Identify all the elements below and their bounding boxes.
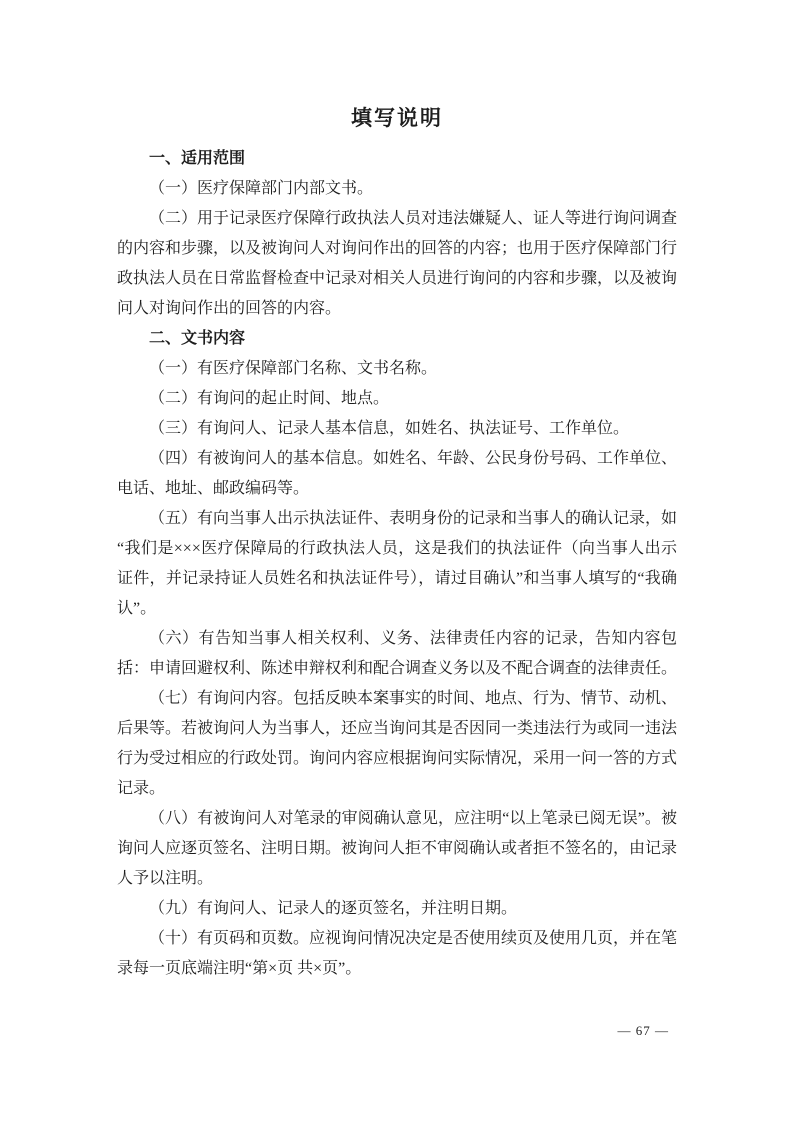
section-heading-scope: 一、适用范围 bbox=[117, 144, 677, 174]
document-page: 填写说明 一、适用范围 （一）医疗保障部门内部文书。 （二）用于记录医疗保障行政… bbox=[0, 0, 793, 1122]
paragraph: （九）有询问人、记录人的逐页签名，并注明日期。 bbox=[117, 894, 677, 924]
page-number: — 67 — bbox=[618, 1022, 670, 1040]
paragraph: （一）有医疗保障部门名称、文书名称。 bbox=[117, 354, 677, 384]
paragraph: （六）有告知当事人相关权利、义务、法律责任内容的记录，告知内容包括：申请回避权利… bbox=[117, 624, 677, 684]
paragraph: （三）有询问人、记录人基本信息，如姓名、执法证号、工作单位。 bbox=[117, 414, 677, 444]
paragraph: （二）有询问的起止时间、地点。 bbox=[117, 384, 677, 414]
section-heading-contents: 二、文书内容 bbox=[117, 324, 677, 354]
paragraph: （五）有向当事人出示执法证件、表明身份的记录和当事人的确认记录，如“我们是×××… bbox=[117, 504, 677, 624]
paragraph: （二）用于记录医疗保障行政执法人员对违法嫌疑人、证人等进行询问调查的内容和步骤，… bbox=[117, 204, 677, 324]
document-content: 填写说明 一、适用范围 （一）医疗保障部门内部文书。 （二）用于记录医疗保障行政… bbox=[117, 100, 677, 984]
document-title: 填写说明 bbox=[117, 100, 677, 136]
paragraph: （八）有被询问人对笔录的审阅确认意见，应注明“以上笔录已阅无误”。被询问人应逐页… bbox=[117, 804, 677, 894]
paragraph: （四）有被询问人的基本信息。如姓名、年龄、公民身份号码、工作单位、电话、地址、邮… bbox=[117, 444, 677, 504]
paragraph: （一）医疗保障部门内部文书。 bbox=[117, 174, 677, 204]
paragraph: （十）有页码和页数。应视询问情况决定是否使用续页及使用几页，并在笔录每一页底端注… bbox=[117, 924, 677, 984]
paragraph: （七）有询问内容。包括反映本案事实的时间、地点、行为、情节、动机、后果等。若被询… bbox=[117, 684, 677, 804]
